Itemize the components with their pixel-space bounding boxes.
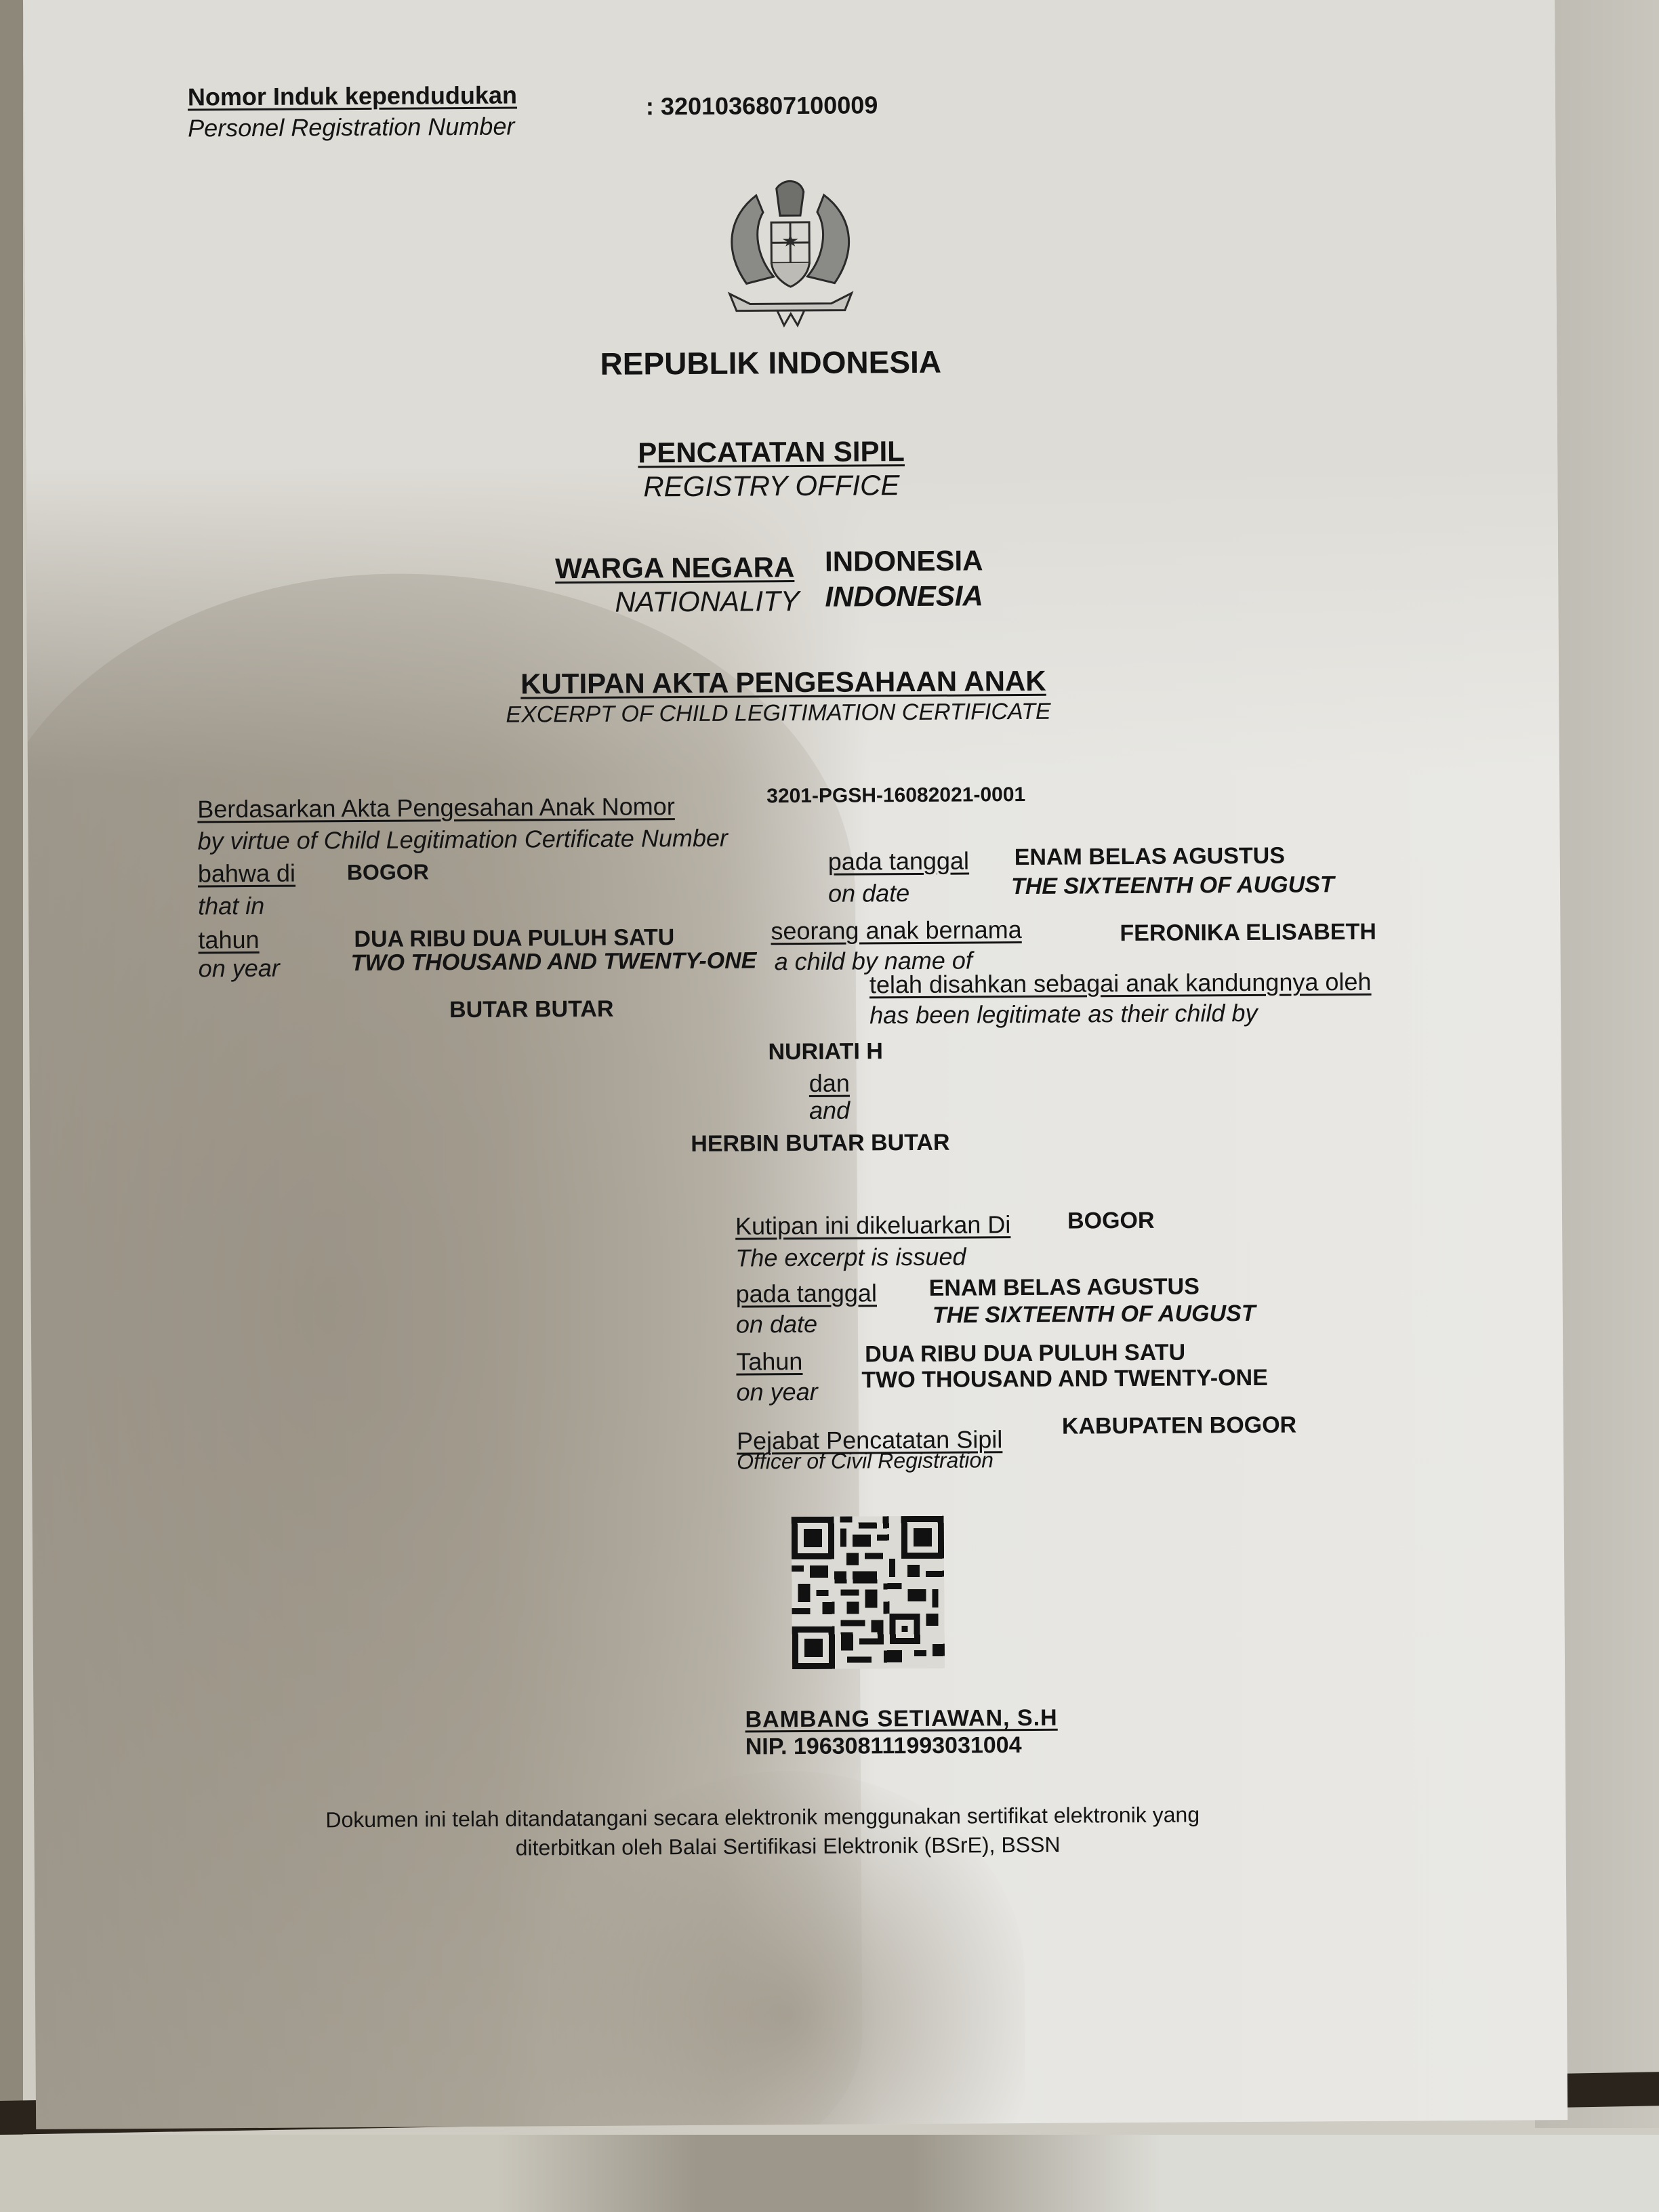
background-surface: [0, 0, 23, 2135]
nik-label: Nomor Induk kependudukan: [188, 81, 517, 112]
office-title: PENCATATAN SIPIL: [609, 435, 934, 470]
signatory-nip: NIP. 196308111993031004: [745, 1732, 1022, 1760]
issued-date-label: pada tanggal: [736, 1279, 877, 1308]
date-label: pada tanggal: [828, 846, 969, 876]
child-name-continued: BUTAR BUTAR: [449, 996, 614, 1023]
child-label: seorang anak bernama: [771, 916, 1021, 945]
parent-mother: NURIATI H: [768, 1038, 883, 1065]
document-title: KUTIPAN AKTA PENGESAHAAN ANAK: [520, 665, 1046, 701]
cert-no-label-en: by virtue of Child Legitimation Certific…: [197, 824, 728, 856]
date-label-en: on date: [828, 879, 909, 908]
nationality-label-en: NATIONALITY: [615, 585, 800, 619]
issued-year-label-en: on year: [736, 1378, 817, 1407]
cert-no-value: 3201-PGSH-16082021-0001: [766, 783, 1025, 808]
qr-code-icon[interactable]: [792, 1516, 945, 1669]
issued-year-value: DUA RIBU DUA PULUH SATU: [865, 1340, 1185, 1368]
garuda-emblem-icon: [709, 174, 872, 331]
issued-year-label: Tahun: [736, 1347, 802, 1376]
issued-date-label-en: on date: [736, 1310, 817, 1339]
legitimation-label-en: has been legitimate as their child by: [869, 999, 1258, 1029]
date-value: ENAM BELAS AGUSTUS: [1015, 843, 1285, 871]
place-label-en: that in: [198, 892, 264, 921]
nationality-label: WARGA NEGARA: [555, 551, 794, 585]
document-title-en: EXCERPT OF CHILD LEGITIMATION CERTIFICAT…: [506, 699, 1050, 729]
background-floor: [0, 2135, 1659, 2212]
place-label: bahwa di: [198, 859, 295, 888]
nik-value: : 3201036807100009: [646, 91, 878, 121]
parent-father: HERBIN BUTAR BUTAR: [691, 1130, 949, 1158]
officer-value: KABUPATEN BOGOR: [1062, 1412, 1297, 1440]
issued-year-value-en: TWO THOUSAND AND TWENTY-ONE: [861, 1365, 1268, 1394]
year-label-en: on year: [199, 954, 280, 983]
certificate-paper: Nomor Induk kependudukan Personel Regist…: [23, 0, 1568, 2129]
officer-label-en: Officer of Civil Registration: [737, 1448, 994, 1474]
issued-label-en: The excerpt is issued: [735, 1243, 966, 1273]
issued-date-value-en: THE SIXTEENTH OF AUGUST: [933, 1300, 1256, 1329]
nik-label-en: Personel Registration Number: [188, 112, 514, 143]
legitimation-label: telah disahkan sebagai anak kandungnya o…: [869, 968, 1372, 1000]
office-title-en: REGISTRY OFFICE: [609, 469, 934, 504]
issued-value: BOGOR: [1067, 1208, 1155, 1235]
signatory-name: BAMBANG SETIAWAN, S.H: [745, 1705, 1057, 1734]
footer-line-2: diterbitkan oleh Balai Sertifikasi Elekt…: [516, 1832, 1061, 1861]
nationality-value: INDONESIA: [825, 544, 983, 577]
issued-date-value: ENAM BELAS AGUSTUS: [929, 1273, 1200, 1301]
year-value-en: TWO THOUSAND AND TWENTY-ONE: [351, 947, 757, 977]
nationality-value-en: INDONESIA: [825, 579, 983, 613]
and-label: dan: [809, 1069, 850, 1098]
date-value-en: THE SIXTEENTH OF AUGUST: [1011, 872, 1334, 900]
country-title: REPUBLIK INDONESIA: [588, 344, 954, 382]
footer-line-1: Dokumen ini telah ditandatangani secara …: [325, 1802, 1200, 1832]
place-value: BOGOR: [347, 859, 429, 885]
year-label: tahun: [198, 926, 259, 955]
and-label-en: and: [809, 1097, 850, 1125]
child-name: FERONIKA ELISABETH: [1120, 919, 1376, 947]
issued-label: Kutipan ini dikeluarkan Di: [735, 1210, 1010, 1240]
cert-no-label: Berdasarkan Akta Pengesahan Anak Nomor: [197, 792, 675, 823]
